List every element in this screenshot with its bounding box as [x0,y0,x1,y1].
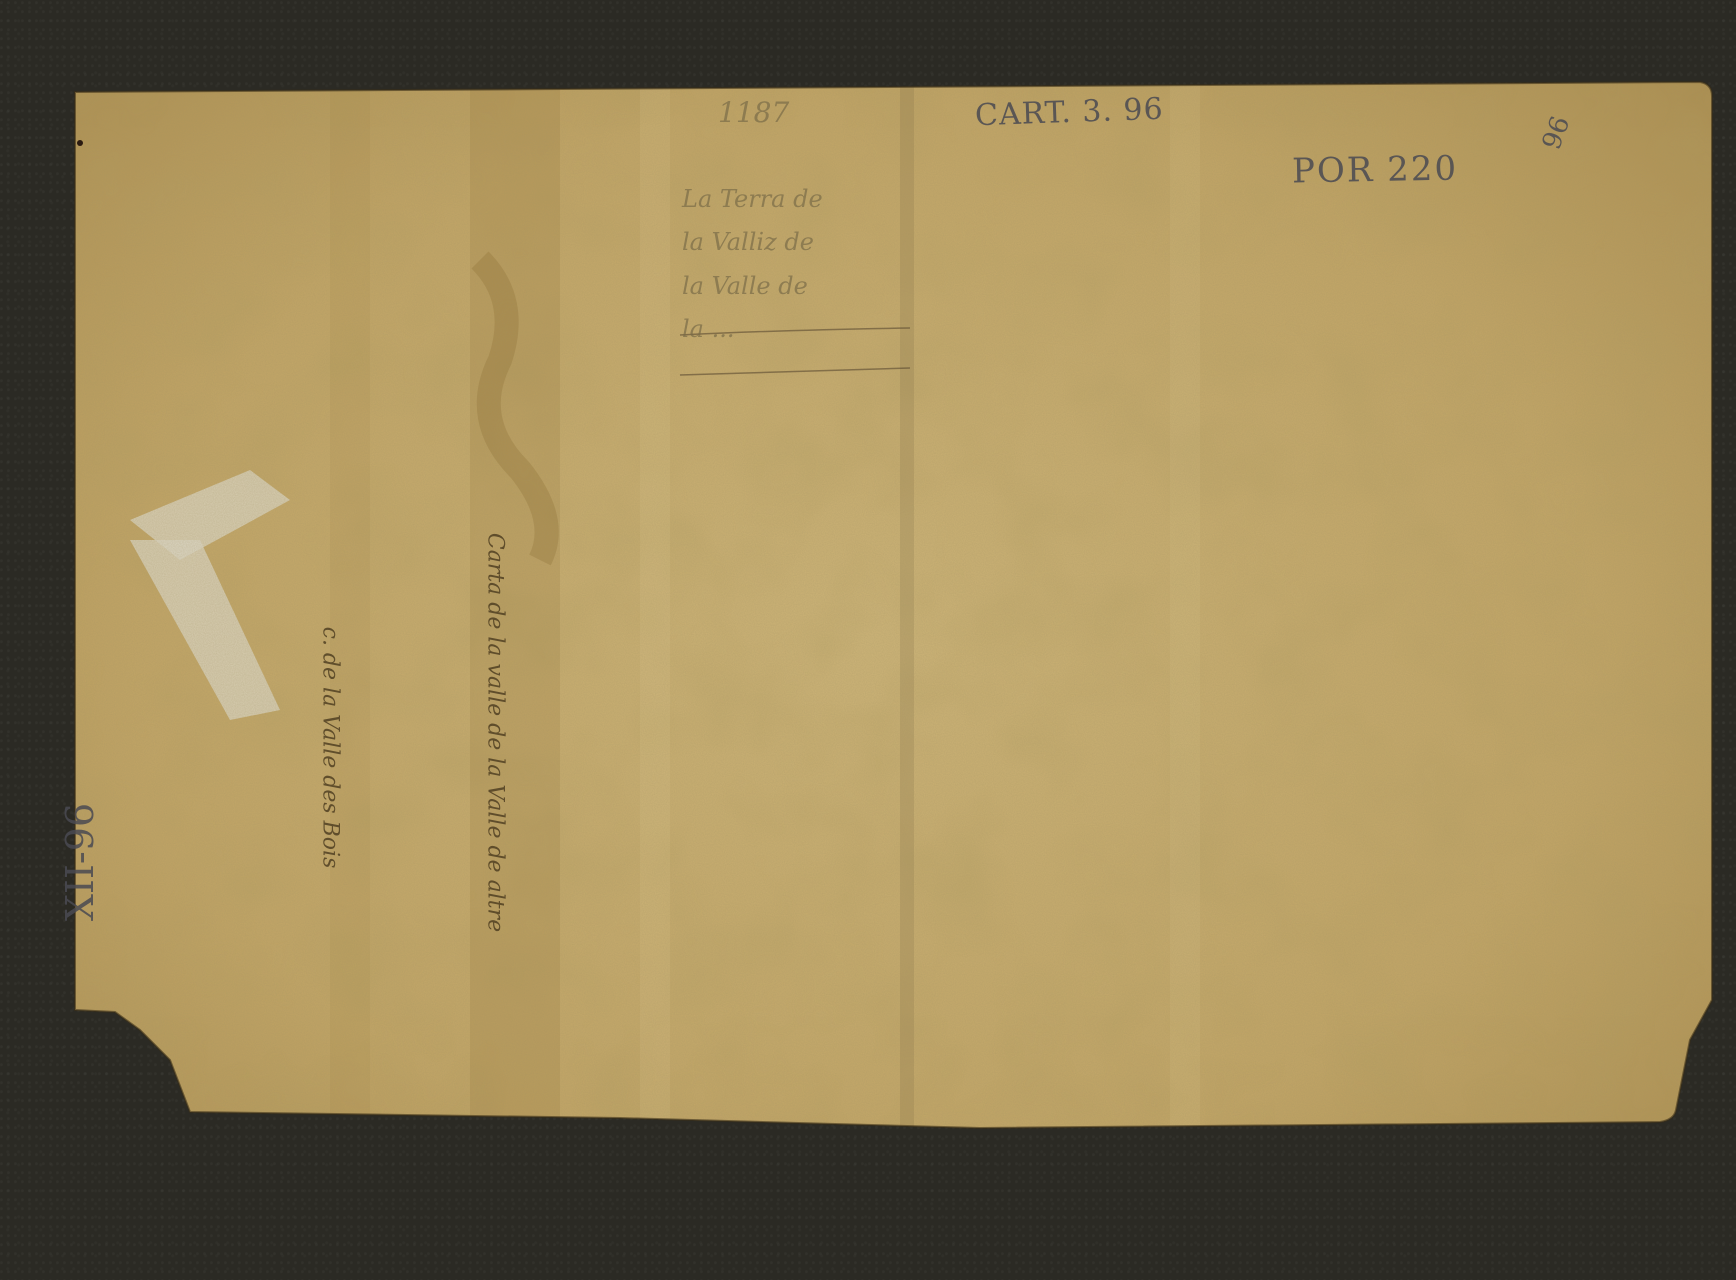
year-note: 1187 [718,96,789,129]
archive-shelfmark: CART. 3. 96 [974,92,1164,134]
pin-hole [77,140,83,146]
parchment-document: CART. 3. 96 POR 220 96 1187 La Terra de … [0,0,1736,1280]
medieval-endorsement-1: c. de la Valle des Bois [318,548,343,948]
summary-line-2: la Valliz de [682,228,814,256]
collection-number: POR 220 [1292,149,1459,192]
summary-line-3: la Valle de [682,272,808,300]
summary-line-1: La Terra de [682,185,823,213]
summary-line-4: la ... [682,315,735,343]
medieval-endorsement-2: Carta de la valle de la Valle de altre [483,433,508,1033]
margin-vertical-left: XII-96 [58,762,102,962]
parchment-sheet [0,0,1736,1280]
